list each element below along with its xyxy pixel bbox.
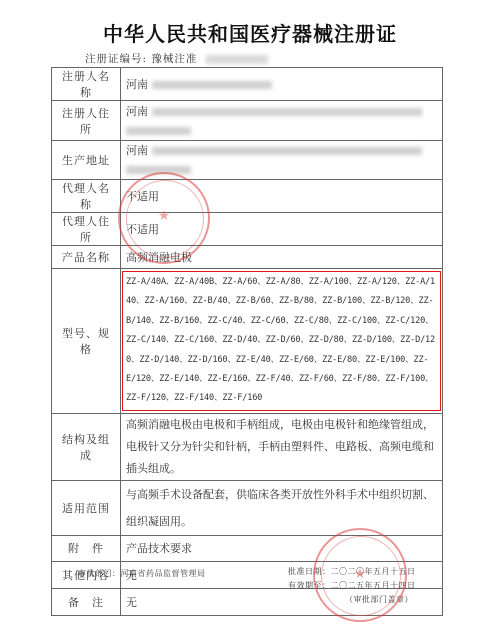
value-prefix: 河南 xyxy=(126,144,148,157)
row-value: 河南 xyxy=(121,101,443,141)
row-value: ZZ-A/40A、ZZ-A/40B、ZZ-A/60、ZZ-A/80、ZZ-A/1… xyxy=(121,269,443,414)
table-row: 生产地址 河南 xyxy=(52,141,443,180)
row-label: 产品名称 xyxy=(52,246,121,269)
row-value: 不适用 xyxy=(121,180,443,213)
row-value: 河南 xyxy=(121,68,443,101)
row-label: 适用范围 xyxy=(52,480,121,535)
table-row: 型号、规格 ZZ-A/40A、ZZ-A/40B、ZZ-A/60、ZZ-A/80、… xyxy=(52,269,443,414)
row-label: 注册人名称 xyxy=(52,68,121,101)
approval-date: 批准日期：二〇二〇年五月十五日 xyxy=(288,565,416,579)
row-label: 附 件 xyxy=(52,535,121,561)
row-label: 注册人住所 xyxy=(52,101,121,141)
value-prefix: 河南 xyxy=(126,78,148,91)
approval-department: 审批部门：河南省药品监督管理局 xyxy=(78,568,206,579)
registration-number-prefix: 豫械注准 xyxy=(151,53,197,65)
valid-until-date: 有效期至：二〇二五年五月十四日 xyxy=(288,579,416,593)
table-row: 代理人住所 不适用 xyxy=(52,213,443,246)
table-row: 注册人名称 河南 xyxy=(52,68,443,101)
registration-number-label: 注册证编号: xyxy=(85,53,147,65)
row-label: 代理人名称 xyxy=(52,180,121,213)
row-value: 高频消融电极 xyxy=(121,246,443,269)
table-row: 结构及组成 高频消融电极由电极和手柄组成，电极由电极针和绝缘管组成，电极针又分为… xyxy=(52,413,443,480)
row-label: 备 注 xyxy=(52,588,121,615)
row-label: 型号、规格 xyxy=(52,269,121,414)
table-row: 注册人住所 河南 xyxy=(52,101,443,141)
model-spec-list: ZZ-A/40A、ZZ-A/40B、ZZ-A/60、ZZ-A/80、ZZ-A/1… xyxy=(122,271,441,411)
redacted-registration-number xyxy=(206,55,268,64)
page-title: 中华人民共和国医疗器械注册证 xyxy=(0,18,500,47)
certificate-table: 注册人名称 河南 注册人住所 河南 生产地址 河南 代理人名称 不适用 代理人住… xyxy=(51,67,443,616)
seal-note: （审批部门盖章） xyxy=(288,593,416,607)
row-label: 结构及组成 xyxy=(52,413,121,480)
approval-dates: 批准日期：二〇二〇年五月十五日 有效期至：二〇二五年五月十四日 （审批部门盖章） xyxy=(288,565,416,607)
table-row: 适用范围 与高频手术设备配套，供临床各类开放性外科手术中组织切割、组织凝固用。 xyxy=(52,480,443,535)
row-value: 不适用 xyxy=(121,213,443,246)
table-row: 代理人名称 不适用 xyxy=(52,180,443,213)
table-row: 产品名称 高频消融电极 xyxy=(52,246,443,269)
row-value: 与高频手术设备配套，供临床各类开放性外科手术中组织切割、组织凝固用。 xyxy=(121,480,443,535)
value-prefix: 河南 xyxy=(126,105,148,118)
row-label: 代理人住所 xyxy=(52,213,121,246)
row-value: 高频消融电极由电极和手柄组成，电极由电极针和绝缘管组成，电极针又分为针尖和针柄，… xyxy=(121,413,443,480)
redacted-text xyxy=(126,127,191,135)
redacted-text xyxy=(152,108,422,116)
row-value: 河南 xyxy=(121,141,443,180)
table-row: 附 件 产品技术要求 xyxy=(52,535,443,561)
row-value: 产品技术要求 xyxy=(121,535,443,561)
redacted-text xyxy=(126,166,191,174)
redacted-text xyxy=(152,147,422,155)
redacted-text xyxy=(152,81,272,89)
registration-number: 注册证编号: 豫械注准 xyxy=(85,51,268,66)
row-label: 生产地址 xyxy=(52,141,121,180)
